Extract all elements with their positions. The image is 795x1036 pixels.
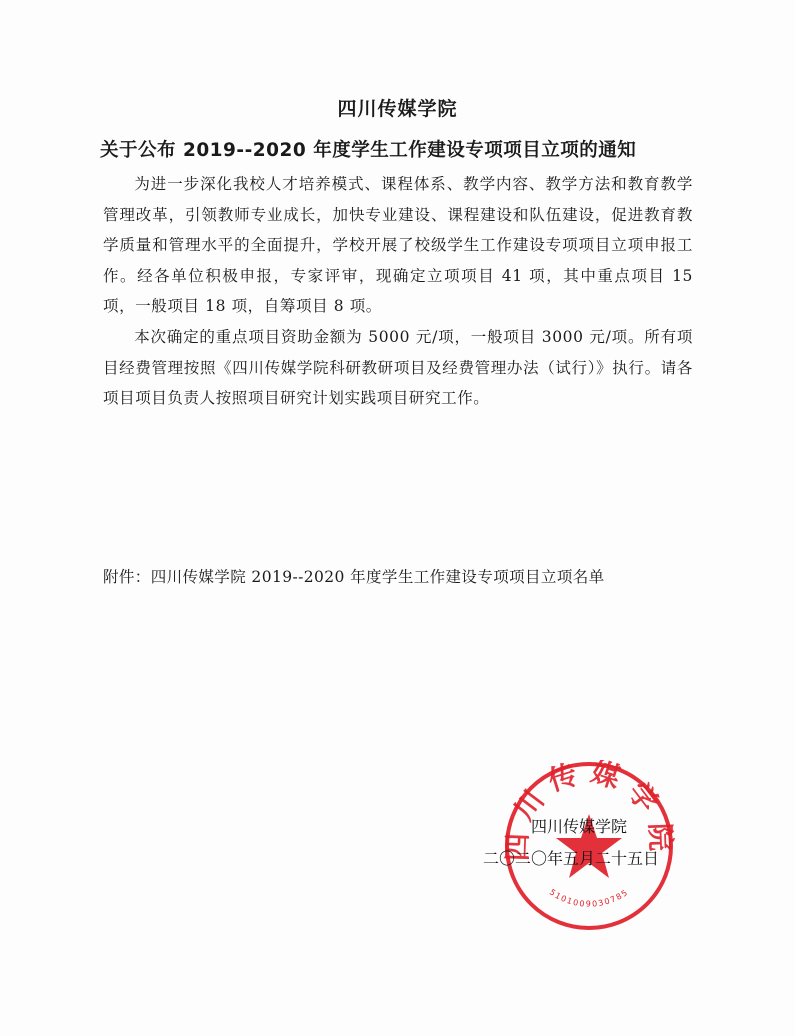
document-title: 关于公布 2019--2020 年度学生工作建设专项项目立项的通知 (100, 136, 700, 162)
paragraph-1: 为进一步深化我校人才培养模式、课程体系、教学内容、教学方法和教育教学管理改革，引… (103, 169, 693, 322)
seal-code: 5101009030785 (548, 887, 630, 908)
paragraph-1-text: 为进一步深化我校人才培养模式、课程体系、教学内容、教学方法和教育教学管理改革，引… (103, 175, 693, 315)
svg-text:5101009030785: 5101009030785 (548, 887, 630, 908)
paragraph-2-text: 本次确定的重点项目资助金额为 5000 元/项，一般项目 3000 元/项。所有… (103, 328, 693, 407)
signature-date: 二〇二〇年五月二十五日 (483, 846, 659, 869)
attachment-line: 附件：四川传媒学院 2019--2020 年度学生工作建设专项项目立项名单 (103, 565, 703, 587)
paragraph-2: 本次确定的重点项目资助金额为 5000 元/项，一般项目 3000 元/项。所有… (103, 322, 693, 414)
signature-organization: 四川传媒学院 (531, 814, 627, 837)
organization-title: 四川传媒学院 (0, 94, 795, 121)
